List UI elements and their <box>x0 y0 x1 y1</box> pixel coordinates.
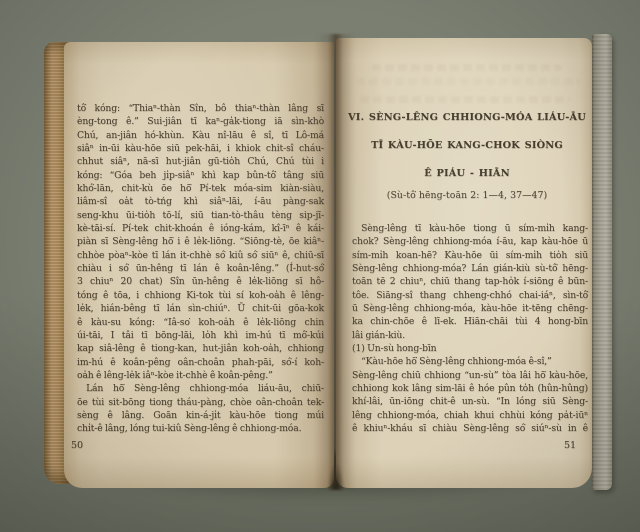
text-line: Lán hō͘ Sèng-lêng chhiong-móa liáu-āu, c… <box>77 382 324 395</box>
bleed-through-text <box>372 64 562 71</box>
text-line: chhut siâⁿ, nā-sī hut-jiân gū-tio̍h Chú,… <box>77 155 324 168</box>
text-line: le̍k, hián-bêng tī lán sìn-chiúⁿ. Ū chit… <box>77 302 324 315</box>
chapter-heading-line: VI. SÈNG-LÊNG CHHIONG-MÓA LIÁU-ĀU <box>346 104 588 132</box>
text-line: Sèng-lêng tī kàu-hōe tiong ū sím-mi̍h ka… <box>352 222 588 235</box>
text-line: chok? Sèng-lêng chhiong-móa í-āu, kap kà… <box>352 235 588 248</box>
text-line: tóng ê tōa, i chhiong Ki-tok tùi sí koh-… <box>77 289 324 302</box>
right-page: VI. SÈNG-LÊNG CHHIONG-MÓA LIÁU-ĀU TĪ KÀU… <box>336 38 592 488</box>
text-line: chi̍t-ê lâng, lóng tui-kiû Sèng-lêng ê c… <box>77 422 324 435</box>
text-line: lêng chhiong-móa, chiah khui chhùi kóng … <box>352 409 588 422</box>
text-line: “Kàu-hōe hō͘ Sèng-lêng chhiong-móa ê-sî,… <box>352 355 588 368</box>
chapter-heading-line: Ê PIÁU - HIĀN <box>346 160 588 188</box>
text-line: tôe. Siāng-sî thang chheng-chhó chai-iáⁿ… <box>352 289 588 302</box>
text-line: chiàu i só͘ ūn-hêng tī lán ê koân-lêng.”… <box>77 262 324 275</box>
text-line: Chú, an-jiân hó-khùn. Kàu nî-lāu ê sî, t… <box>77 129 324 142</box>
left-page: tô͘ kóng: “Thiaⁿ-thàn Sîn, bô thiaⁿ-thàn… <box>64 42 334 488</box>
text-line: piàn sī Sèng-lêng hō͘ i ê le̍k-liōng. “S… <box>77 235 324 248</box>
text-line: Sèng-lêng chiū chhiong “un-sù” tòa lâi h… <box>352 369 588 382</box>
text-line: kap siâ-lêng ê tiong-kan, hut-jiân koh-o… <box>77 342 324 355</box>
text-line: khí-lâi, ūn-iōng chit-ê un-sù. “In lóng … <box>352 395 588 408</box>
text-line: sèng ê lâng. Goān kin-á-ji̍t kàu-hōe tio… <box>77 409 324 422</box>
text-line: lâi gián-kiù. <box>352 329 588 342</box>
text-line: tô͘ kóng: “Thiaⁿ-thàn Sîn, bô thiaⁿ-thàn… <box>77 102 324 115</box>
right-page-text: Sèng-lêng tī kàu-hōe tiong ū sím-mi̍h ka… <box>352 222 588 436</box>
book-cover-edge <box>592 34 612 490</box>
text-line: chhiong kok lâng sim-lāi ê hóe pûn to̍h … <box>352 382 588 395</box>
text-line: ê khiuⁿ-kháu sī chiàu Sèng-lêng só͘ siúⁿ… <box>352 422 588 435</box>
text-line: siâⁿ in-ūi kàu-hōe siū pek-hāi, i khiok … <box>77 142 324 155</box>
text-line: liâm-sî oa̍t tò-tńg khì siâⁿ-lāi, í-āu p… <box>77 195 324 208</box>
scripture-reference: (Sù-tô͘ hēng-toān 2: 1—4, 37—47) <box>346 190 588 201</box>
text-line: ū Sèng-lêng chhiong-móa, kàu-hōe it-tēng… <box>352 302 588 315</box>
text-line: ka chin-chōe ê lī-ek. Hiān-chāi tùi 4 ho… <box>352 315 588 328</box>
text-line: seng-khu ūi-tio̍h tō-lí, siū tian-tò-thâ… <box>77 209 324 222</box>
text-line: úi-tāi, I tâi tī bōng-lāi, lo̍h khì im-h… <box>77 329 324 342</box>
text-line: 3 chiuⁿ 20 chat) Sîn ūn-hêng ê le̍k-liōn… <box>77 275 324 288</box>
text-line: khó͘-lān, chit-kù ōe hō͘ Pí-tek móa-sim … <box>77 182 324 195</box>
text-line: chhòe pòaⁿ-kòe tī lán it-chhè só͘ kiû só… <box>77 249 324 262</box>
text-line: ê kàu-su kóng: “Iâ-so͘ koh-oa̍h ê le̍k-l… <box>77 316 324 329</box>
text-line: toān tē 2 chiuⁿ, chiū thang tap-ho̍k í-s… <box>352 275 588 288</box>
text-line: (1) Un-sù hong-bīn <box>352 342 588 355</box>
chapter-heading-line: TĪ KÀU-HŌE KANG-CHOK SIÒNG <box>346 132 588 160</box>
open-book: tô͘ kóng: “Thiaⁿ-thàn Sîn, bô thiaⁿ-thàn… <box>44 34 612 490</box>
text-line: kóng: “Góa beh ji̍p-siâⁿ khì kap bûn-tô͘… <box>77 169 324 182</box>
text-line: im-hú ê koân-pêng oân-choân phah-pāi, só… <box>77 356 324 369</box>
left-page-text: tô͘ kóng: “Thiaⁿ-thàn Sîn, bô thiaⁿ-thàn… <box>77 102 324 436</box>
text-line: kè-tāi-sí. Pí-tek chit-khoán ê ióng-kám,… <box>77 222 324 235</box>
text-line: ōe tùi sit-bōng tiong tháu-pàng, chòe oâ… <box>77 396 324 409</box>
text-line: Sèng-lêng chhiong-móa? Lán gián-kiù sù-t… <box>352 262 588 275</box>
text-line: èng-tong ê.” Sui-jiân tī kaⁿ-ga̍k-tiong … <box>77 115 324 128</box>
bleed-through-text <box>356 78 581 85</box>
chapter-heading: VI. SÈNG-LÊNG CHHIONG-MÓA LIÁU-ĀU TĪ KÀU… <box>346 104 588 188</box>
text-line: sím-mi̍h koan-hē? Kàu-hōe ūi sím-mi̍h ti… <box>352 249 588 262</box>
left-page-number: 50 <box>71 440 83 451</box>
bleed-through-text <box>360 96 570 103</box>
text-line: oa̍h ê lêng-le̍k iâⁿ-kòe it-chhè ê koân-… <box>77 369 324 382</box>
right-page-number: 51 <box>564 440 576 451</box>
